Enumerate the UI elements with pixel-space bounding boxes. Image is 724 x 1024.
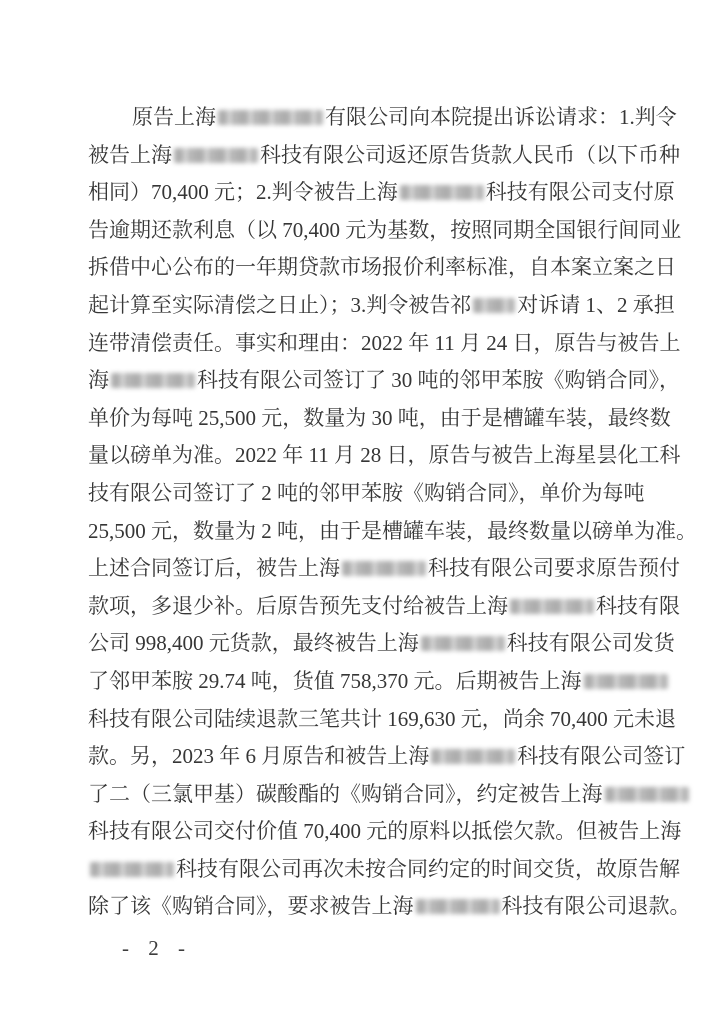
text-run: 科技有限公司退款。 (502, 894, 691, 918)
text-run: 量以磅单为准。2022 年 11 月 28 日，原告与被告上海星昙化工科 (88, 443, 680, 467)
document-line: 单价为每吨 25,500 元，数量为 30 吨，由于是槽罐车装，最终数 (88, 400, 637, 438)
redacted-text (421, 636, 505, 651)
document-page: 原告上海有限公司向本院提出诉讼请求：1.判令被告上海科技有限公司返还原告货款人民… (0, 0, 724, 1024)
document-line: 技有限公司签订了 2 吨的邻甲苯胺《购销合同》，单价为每吨 (88, 475, 637, 513)
text-run: 科技有限公司签订了 30 吨的邻甲苯胺《购销合同》， (197, 368, 680, 392)
redacted-text (605, 787, 689, 802)
text-run: 起计算至实际清偿之日止）；3.判令被告祁 (88, 293, 471, 317)
document-line: 除了该《购销合同》，要求被告上海科技有限公司退款。 (88, 888, 637, 926)
document-line: 公司 998,400 元货款，最终被告上海科技有限公司发货 (88, 625, 637, 663)
document-line: 科技有限公司陆续退款三笔共计 169,630 元，尚余 70,400 元未退 (88, 701, 637, 739)
redacted-text (584, 674, 668, 689)
text-run: 上述合同签订后，被告上海 (88, 556, 340, 580)
text-run: 科技有限公司发货 (507, 631, 675, 655)
redacted-text (174, 148, 258, 163)
text-run: 款项，多退少补。后原告预先支付给被告上海 (88, 594, 508, 618)
redacted-text (473, 298, 515, 313)
text-run: 连带清偿责任。事实和理由：2022 年 11 月 24 日，原告与被告上 (88, 331, 680, 355)
document-line: 科技有限公司交付价值 70,400 元的原料以抵偿欠款。但被告上海 (88, 813, 637, 851)
document-line: 原告上海有限公司向本院提出诉讼请求：1.判令 (88, 99, 637, 137)
text-run: 科技有限公司再次未按合同约定的时间交货，故原告解 (176, 857, 680, 881)
document-line: 海科技有限公司签订了 30 吨的邻甲苯胺《购销合同》， (88, 362, 637, 400)
text-run: 对诉请 1、2 承担 (517, 293, 675, 317)
document-line: 款项，多退少补。后原告预先支付给被告上海科技有限 (88, 588, 637, 626)
page-number: - 2 - (122, 936, 192, 961)
document-line: 上述合同签订后，被告上海科技有限公司要求原告预付 (88, 550, 637, 588)
text-run: 科技有限公司签订 (517, 744, 685, 768)
document-line: 拆借中心公布的一年期贷款市场报价利率标准，自本案立案之日 (88, 249, 637, 287)
document-line: 量以磅单为准。2022 年 11 月 28 日，原告与被告上海星昙化工科 (88, 437, 637, 475)
text-run: 被告上海 (88, 143, 172, 167)
document-line: 25,500 元，数量为 2 吨，由于是槽罐车装，最终数量以磅单为准。 (88, 513, 637, 551)
text-run: 科技有限公司支付原 (486, 180, 675, 204)
document-line: 起计算至实际清偿之日止）；3.判令被告祁对诉请 1、2 承担 (88, 287, 637, 325)
text-run: 相同）70,400 元；2.判令被告上海 (88, 180, 398, 204)
text-run: 了邻甲苯胺 29.74 吨，货值 758,370 元。后期被告上海 (88, 669, 582, 693)
text-run: 科技有限公司陆续退款三笔共计 169,630 元，尚余 70,400 元未退 (88, 707, 676, 731)
text-run: 拆借中心公布的一年期贷款市场报价利率标准，自本案立案之日 (88, 255, 676, 279)
text-run: 单价为每吨 25,500 元，数量为 30 吨，由于是槽罐车装，最终数 (88, 406, 671, 430)
document-line: 了邻甲苯胺 29.74 吨，货值 758,370 元。后期被告上海 (88, 663, 637, 701)
text-run: 25,500 元，数量为 2 吨，由于是槽罐车装，最终数量以磅单为准。 (88, 519, 697, 543)
text-run: 了二（三氯甲基）碳酸酯的《购销合同》，约定被告上海 (88, 782, 603, 806)
text-run: 技有限公司签订了 2 吨的邻甲苯胺《购销合同》，单价为每吨 (88, 481, 645, 505)
document-line: 款。另，2023 年 6 月原告和被告上海科技有限公司签订 (88, 738, 637, 776)
redacted-text (431, 749, 515, 764)
text-run: 除了该《购销合同》，要求被告上海 (88, 894, 414, 918)
text-run: 海 (88, 368, 109, 392)
redacted-text (400, 185, 484, 200)
redacted-text (111, 373, 195, 388)
text-run: 告逾期还款利息（以 70,400 元为基数，按照同期全国银行间同业 (88, 218, 681, 242)
document-line: 告逾期还款利息（以 70,400 元为基数，按照同期全国银行间同业 (88, 212, 637, 250)
text-run: 原告上海 (132, 105, 216, 129)
text-run: 款。另，2023 年 6 月原告和被告上海 (88, 744, 429, 768)
text-run: 科技有限公司返还原告货款人民币（以下币种 (260, 143, 680, 167)
document-line: 连带清偿责任。事实和理由：2022 年 11 月 24 日，原告与被告上 (88, 325, 637, 363)
redacted-text (510, 599, 594, 614)
text-run: 科技有限 (596, 594, 680, 618)
plaint-body: 原告上海有限公司向本院提出诉讼请求：1.判令被告上海科技有限公司返还原告货款人民… (88, 99, 637, 926)
document-line: 科技有限公司再次未按合同约定的时间交货，故原告解 (88, 851, 637, 889)
text-run: 有限公司向本院提出诉讼请求：1.判令 (325, 105, 677, 129)
redacted-text (218, 110, 323, 125)
text-run: 科技有限公司要求原告预付 (428, 556, 680, 580)
redacted-text (342, 561, 426, 576)
text-run: 公司 998,400 元货款，最终被告上海 (88, 631, 419, 655)
redacted-text (416, 899, 500, 914)
document-line: 了二（三氯甲基）碳酸酯的《购销合同》，约定被告上海 (88, 776, 637, 814)
document-line: 相同）70,400 元；2.判令被告上海科技有限公司支付原 (88, 174, 637, 212)
document-line: 被告上海科技有限公司返还原告货款人民币（以下币种 (88, 137, 637, 175)
redacted-text (90, 862, 174, 877)
text-run: 科技有限公司交付价值 70,400 元的原料以抵偿欠款。但被告上海 (88, 819, 681, 843)
